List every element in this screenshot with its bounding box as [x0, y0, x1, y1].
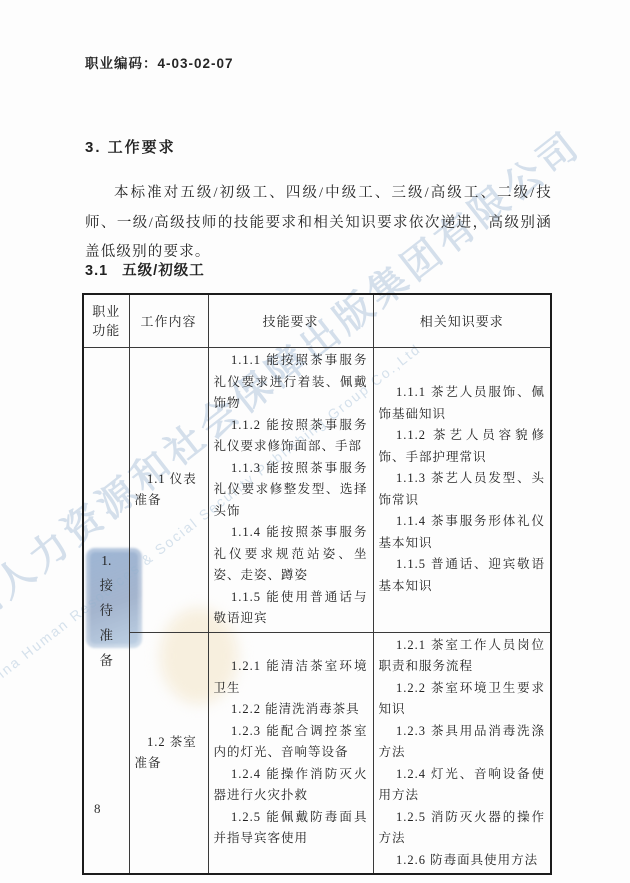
skills-cell: 1.1.1 能按照茶事服务礼仪要求进行着装、佩戴饰物 1.1.2 能按照茶事服务… — [208, 348, 373, 633]
knowledge-cell: 1.2.1 茶室工作人员岗位职责和服务流程 1.2.2 茶室环境卫生要求知识 1… — [373, 632, 551, 874]
col-header-knowledge-requirements: 相关知识要求 — [373, 294, 551, 348]
table-header-row: 职业功能 工作内容 技能要求 相关知识要求 — [83, 294, 551, 348]
knowledge-item: 1.2.5 消防灭火器的操作方法 — [379, 807, 546, 850]
subsection-heading: 3.1五级/初级工 — [85, 259, 205, 280]
skill-item: 1.2.5 能佩戴防毒面具并指导宾客使用 — [214, 807, 368, 850]
knowledge-item: 1.1.3 茶艺人员发型、头饰常识 — [379, 468, 546, 511]
skill-item: 1.1.4 能按照茶事服务礼仪要求规范站姿、坐姿、走姿、蹲姿 — [214, 522, 368, 587]
knowledge-item: 1.2.2 茶室环境卫生要求知识 — [379, 678, 546, 721]
skill-item: 1.1.3 能按照茶事服务礼仪要求修整发型、选择头饰 — [214, 458, 368, 523]
knowledge-item: 1.1.4 茶事服务形体礼仪基本知识 — [379, 511, 546, 554]
document-page: 中国人力资源和社会保障出版集团有限公司 China Human Resource… — [0, 0, 630, 883]
skill-item: 1.1.5 能使用普通话与敬语迎宾 — [214, 587, 368, 630]
requirements-table: 职业功能 工作内容 技能要求 相关知识要求 1. 接 待 准 备 1.1 仪表准… — [82, 293, 552, 875]
knowledge-cell: 1.1.1 茶艺人员服饰、佩饰基础知识 1.1.2 茶艺人员容貌修饰、手部护理常… — [373, 348, 551, 633]
col-header-skill-requirements: 技能要求 — [208, 294, 373, 348]
section-heading: 3. 工作要求 — [85, 136, 176, 157]
skill-item: 1.2.4 能操作消防灭火器进行火灾扑救 — [214, 764, 368, 807]
skill-item: 1.1.2 能按照茶事服务礼仪要求修饰面部、手部 — [214, 415, 368, 458]
subsection-title: 五级/初级工 — [122, 263, 205, 279]
col-header-work-content: 工作内容 — [129, 294, 208, 348]
skill-item: 1.1.1 能按照茶事服务礼仪要求进行着装、佩戴饰物 — [214, 350, 368, 415]
subsection-number: 3.1 — [85, 263, 108, 279]
knowledge-item: 1.2.1 茶室工作人员岗位职责和服务流程 — [379, 635, 546, 678]
table-row-tearoom-prep: 1.2 茶室准备 1.2.1 能清洁茶室环境卫生 1.2.2 能清洗消毒茶具 1… — [83, 632, 551, 874]
knowledge-item: 1.1.1 茶艺人员服饰、佩饰基础知识 — [379, 382, 546, 425]
knowledge-item: 1.2.4 灯光、音响设备使用方法 — [379, 764, 546, 807]
section-paragraph: 本标准对五级/初级工、四级/中级工、三级/高级工、二级/技师、一级/高级技师的技… — [85, 179, 552, 268]
skill-item: 1.2.2 能清洗消毒茶具 — [214, 699, 368, 721]
knowledge-item: 1.2.6 防毒面具使用方法 — [379, 850, 546, 872]
skill-item: 1.2.3 能配合调控茶室内的灯光、音响等设备 — [214, 721, 368, 764]
knowledge-item: 1.1.5 普通话、迎宾敬语基本知识 — [379, 554, 546, 597]
table-row-appearance-prep: 1. 接 待 准 备 1.1 仪表准备 1.1.1 能按照茶事服务礼仪要求进行着… — [83, 348, 551, 633]
occupation-code: 职业编码：4-03-02-07 — [85, 52, 234, 72]
knowledge-item: 1.2.3 茶具用品消毒洗涤方法 — [379, 721, 546, 764]
skills-cell: 1.2.1 能清洁茶室环境卫生 1.2.2 能清洗消毒茶具 1.2.3 能配合调… — [208, 632, 373, 874]
col-header-occupational-function: 职业功能 — [83, 294, 129, 348]
knowledge-item: 1.1.2 茶艺人员容貌修饰、手部护理常识 — [379, 425, 546, 468]
page-number: 8 — [94, 801, 101, 817]
work-content-cell: 1.1 仪表准备 — [129, 348, 208, 633]
skill-item: 1.2.1 能清洁茶室环境卫生 — [214, 656, 368, 699]
work-content-cell: 1.2 茶室准备 — [129, 632, 208, 874]
function-cell-reception-prep: 1. 接 待 准 备 — [83, 348, 129, 875]
